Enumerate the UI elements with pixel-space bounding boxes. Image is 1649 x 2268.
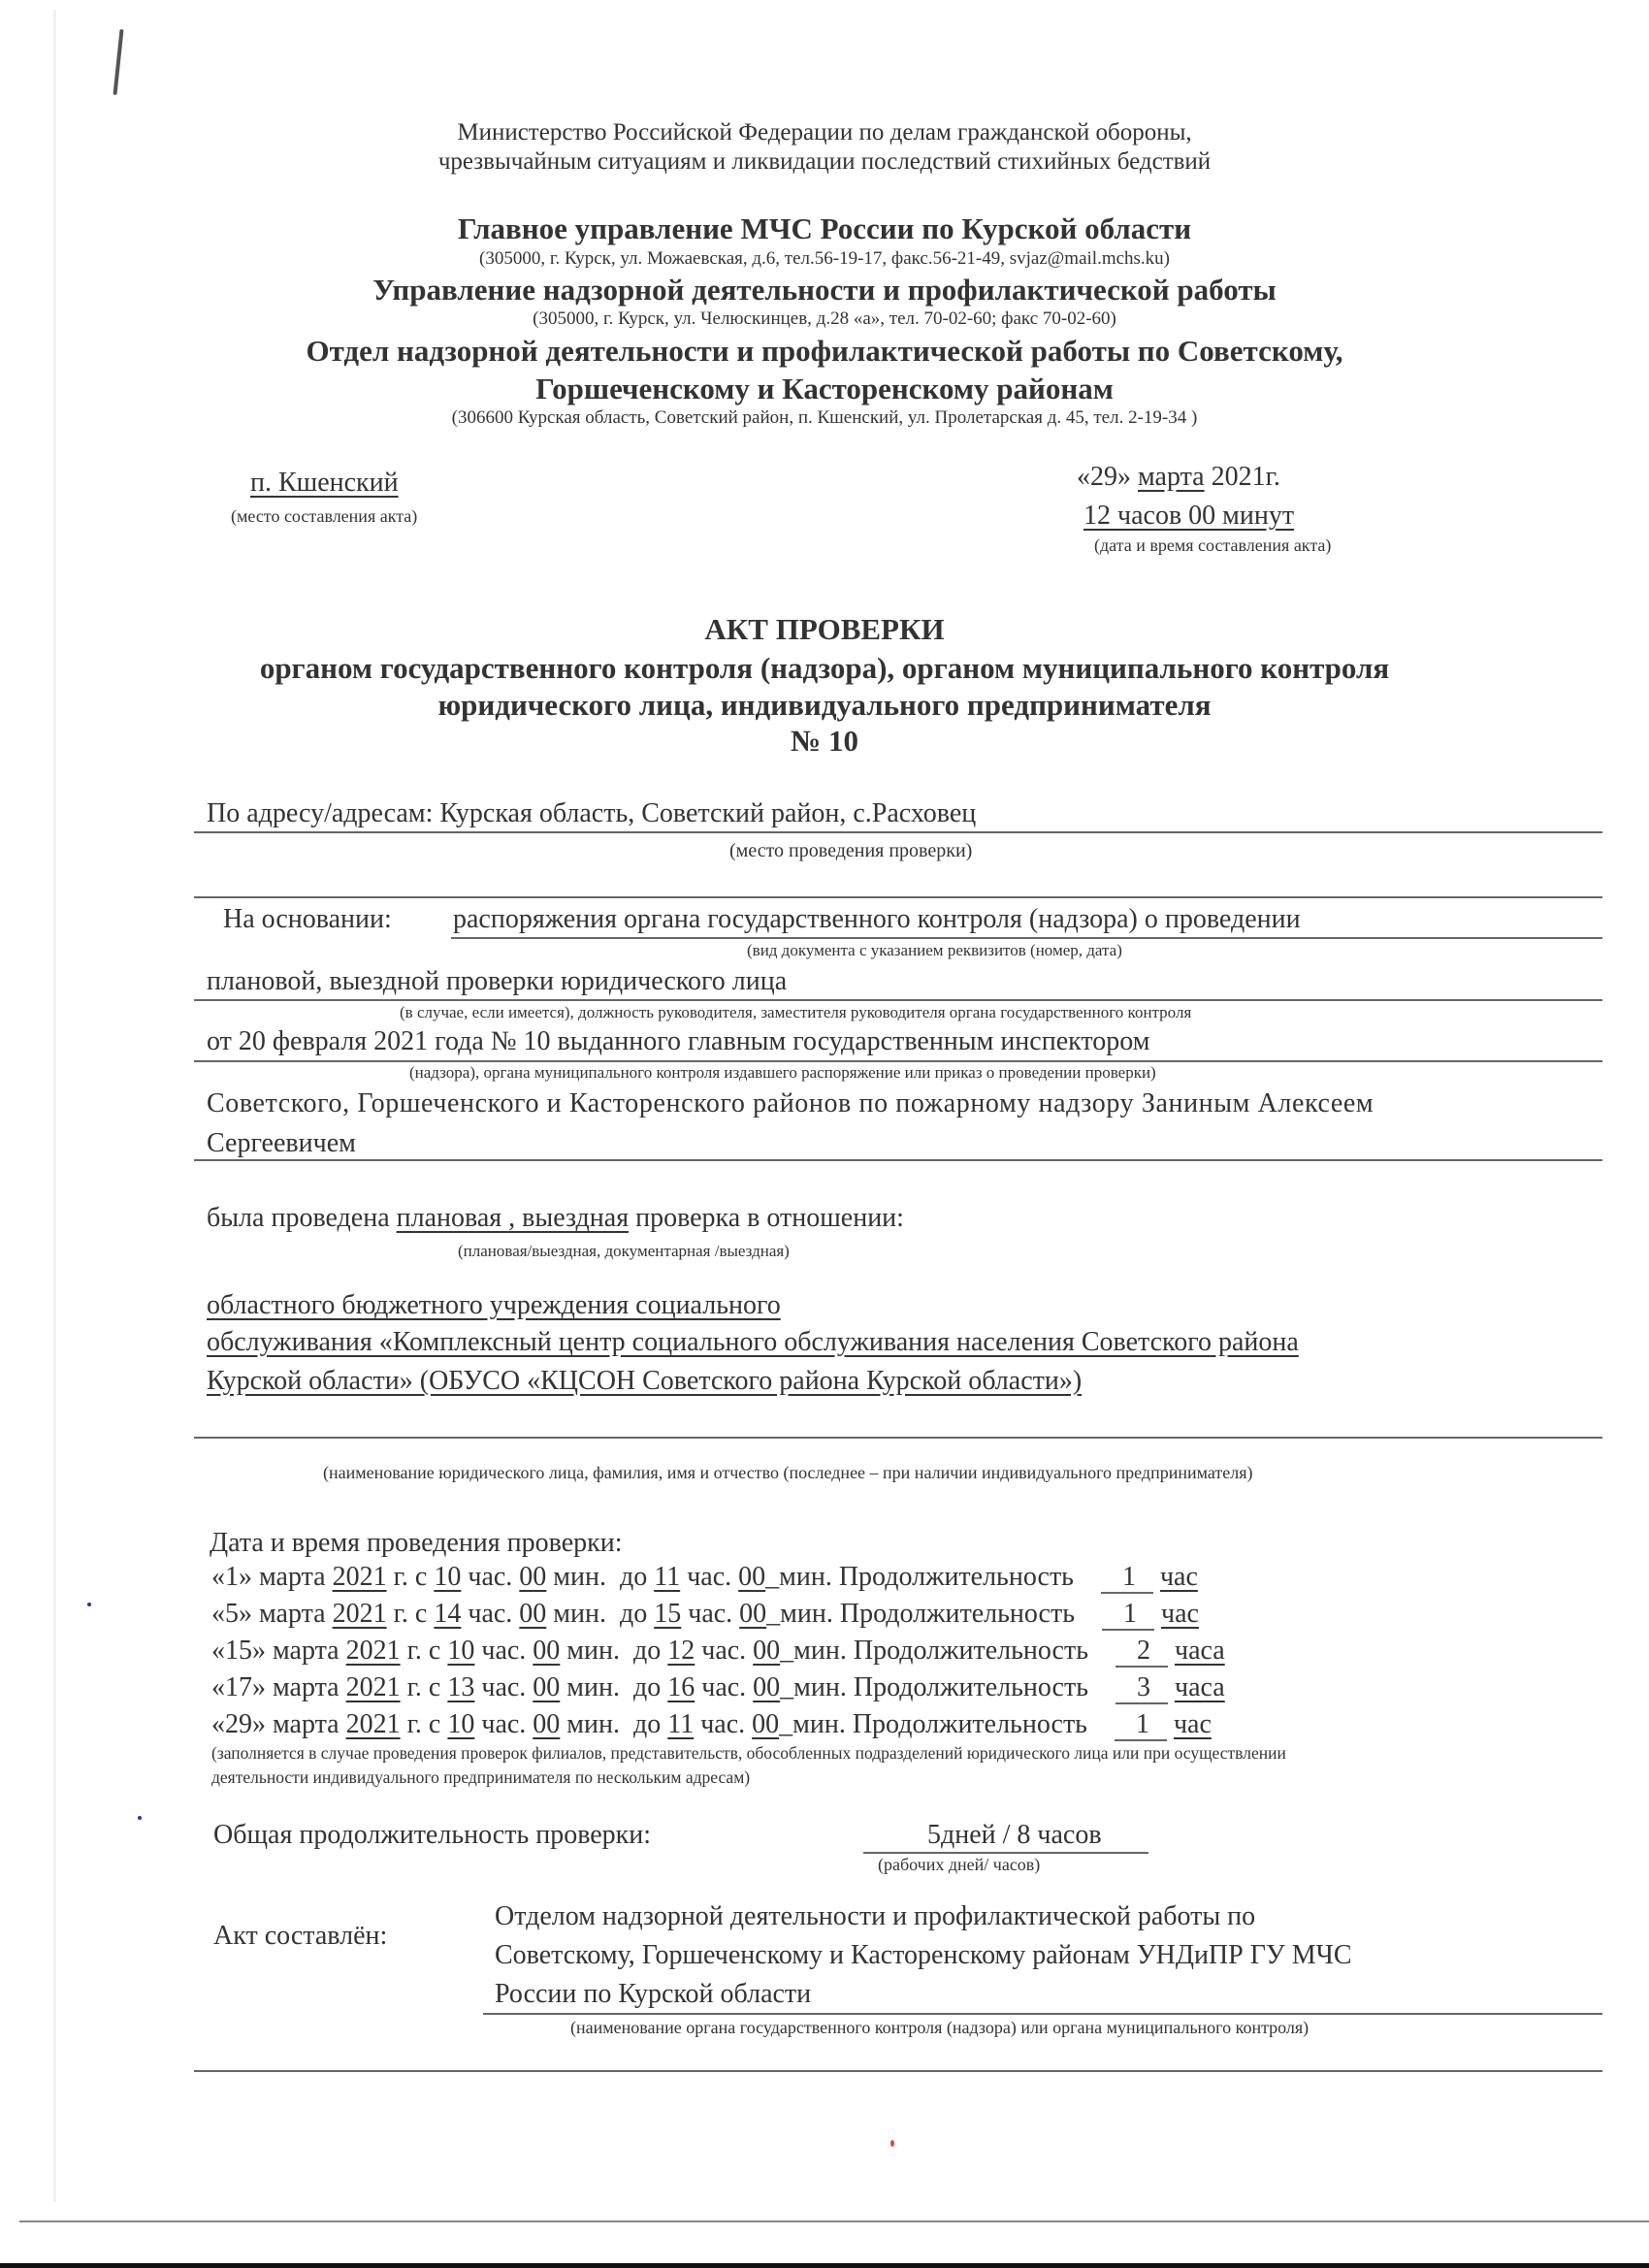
row-from-minute: 00	[533, 1636, 560, 1666]
act-number: № 10	[0, 724, 1649, 759]
act-subtitle-1: органом государственного контроля (надзо…	[0, 651, 1649, 686]
schedule-row: «29» марта 2021 г. с 10 час. 00 мин. до …	[211, 1709, 1212, 1740]
page-bottom-edge	[19, 2220, 1649, 2222]
inspection-prefix: была проведена	[207, 1203, 390, 1233]
row-to-label: до	[620, 1562, 647, 1592]
blank-rule	[194, 896, 1602, 898]
row-hour-label: час.	[687, 1562, 731, 1592]
row-to-hour: 11	[667, 1709, 694, 1739]
schedule-heading: Дата и время проведения проверки:	[210, 1528, 623, 1559]
row-day: «17»	[211, 1672, 266, 1702]
row-minute-label: мин.	[553, 1562, 606, 1592]
act-subtitle-2: юридического лица, индивидуального предп…	[0, 688, 1649, 723]
row-from-minute: 00	[533, 1672, 560, 1702]
act-date-day: «29»	[1077, 462, 1131, 492]
compiled-by-line-3: России по Курской области	[495, 1979, 811, 2010]
schedule-row: «5» марта 2021 г. с 14 час. 00 мин. до 1…	[211, 1599, 1199, 1630]
compiled-by-label: Акт составлён:	[213, 1921, 387, 1952]
row-hour-label: час.	[701, 1672, 746, 1702]
row-to-hour: 11	[654, 1562, 680, 1592]
entity-line-3: Курской области» (ОБУСО «КЦСОН Советског…	[207, 1366, 1082, 1397]
row-duration-unit: часа	[1175, 1672, 1225, 1702]
row-duration-value: 3	[1115, 1672, 1168, 1704]
row-to-label: до	[620, 1599, 647, 1629]
row-day: «29»	[211, 1709, 266, 1739]
row-month: марта	[259, 1562, 326, 1592]
place-value: п. Кшенский	[250, 468, 399, 499]
row-hour-label: час.	[481, 1672, 526, 1702]
pen-mark	[113, 29, 123, 95]
scan-bottom-bar	[0, 2263, 1649, 2268]
compiled-by-line-1: Отделом надзорной деятельности и профила…	[495, 1901, 1255, 1932]
row-hour-label: час.	[468, 1562, 512, 1592]
row-year: 2021	[333, 1562, 387, 1592]
address-caption: (место проведения проверки)	[729, 840, 972, 862]
row-year-suffix: г. с	[407, 1709, 441, 1739]
ink-dot	[890, 2140, 894, 2147]
row-from-hour: 10	[447, 1636, 474, 1666]
ministry-line-1: Министерство Российской Федерации по дел…	[0, 119, 1649, 146]
row-month: марта	[273, 1709, 339, 1739]
basis-rule-3	[194, 1060, 1602, 1062]
basis-line-4: Советского, Горшеченского и Касторенског…	[207, 1088, 1374, 1119]
directorate-address: (305000, г. Курск, ул. Челюскинцев, д.28…	[0, 308, 1649, 330]
compiled-by-caption: (наименование органа государственного ко…	[570, 2018, 1309, 2038]
row-duration-unit: часа	[1175, 1636, 1225, 1666]
row-minute-label: мин.	[566, 1709, 620, 1739]
row-to-minute: 00	[752, 1709, 779, 1739]
row-year-suffix: г. с	[407, 1672, 441, 1702]
act-date-year: 2021г.	[1212, 462, 1280, 492]
department-name-line-1: Отдел надзорной деятельности и профилакт…	[0, 334, 1649, 369]
row-from-hour: 10	[434, 1562, 461, 1592]
row-year: 2021	[333, 1599, 387, 1629]
row-year-suffix: г. с	[394, 1599, 428, 1629]
row-hour-label: час.	[481, 1709, 526, 1739]
inspection-type-row: была проведена плановая , выездная прове…	[207, 1203, 904, 1234]
row-from-hour: 10	[447, 1709, 474, 1739]
address-value: Курская область, Советский район, с.Расх…	[439, 798, 976, 828]
row-minute-label: мин.	[566, 1672, 620, 1702]
compiled-by-line-2: Советскому, Горшеченскому и Касторенском…	[495, 1940, 1352, 1971]
row-to-hour: 16	[667, 1672, 695, 1702]
row-duration-unit: час	[1161, 1599, 1199, 1629]
row-from-hour: 14	[434, 1599, 461, 1629]
place-caption: (место составления акта)	[231, 506, 417, 527]
row-day: «15»	[211, 1636, 266, 1666]
entity-rule	[194, 1437, 1602, 1439]
row-to-label: до	[633, 1709, 661, 1739]
row-hour-label: час.	[468, 1599, 512, 1629]
row-duration-label: мин. Продолжительность	[779, 1562, 1074, 1592]
row-from-minute: 00	[519, 1599, 546, 1629]
row-year: 2021	[346, 1636, 401, 1666]
row-duration-value: 1	[1101, 1562, 1153, 1594]
row-minute-label: мин.	[566, 1636, 620, 1666]
row-hour-label: час.	[481, 1636, 526, 1666]
row-duration-label: мин. Продолжительность	[793, 1636, 1088, 1666]
row-to-minute: 00	[753, 1636, 780, 1666]
row-to-label: до	[633, 1672, 661, 1702]
row-day: «5»	[211, 1599, 252, 1629]
main-directorate-address: (305000, г. Курск, ул. Можаевская, д.6, …	[0, 248, 1649, 270]
final-rule	[194, 2070, 1602, 2072]
basis-rule-4	[194, 1159, 1602, 1161]
row-month: марта	[273, 1672, 339, 1702]
basis-rule-2	[194, 999, 1602, 1001]
main-directorate-name: Главное управление МЧС России по Курской…	[0, 211, 1649, 246]
basis-line-3: от 20 февраля 2021 года № 10 выданного г…	[207, 1026, 1149, 1057]
row-month: марта	[259, 1599, 326, 1629]
schedule-row: «1» марта 2021 г. с 10 час. 00 мин. до 1…	[211, 1562, 1198, 1593]
row-duration-value: 2	[1115, 1636, 1168, 1668]
row-duration-label: мин. Продолжительность	[792, 1709, 1087, 1739]
row-hour-label: час.	[688, 1599, 732, 1629]
address-label: По адресу/адресам:	[207, 798, 433, 828]
act-datetime-caption: (дата и время составления акта)	[1094, 535, 1331, 556]
act-date: «29» марта 2021г.	[1077, 462, 1280, 493]
row-hour-label: час.	[701, 1636, 746, 1666]
schedule-note-line-1: (заполняется в случае проведения проверо…	[211, 1743, 1286, 1764]
basis-line-2: плановой, выездной проверки юридического…	[207, 966, 787, 997]
row-duration-value: 1	[1115, 1709, 1167, 1741]
compiled-by-rule	[483, 2013, 1602, 2015]
row-minute-label: мин.	[553, 1599, 606, 1629]
basis-label: На основании:	[223, 904, 392, 935]
inspection-type: плановая , выездная	[397, 1203, 629, 1233]
row-to-minute: 00	[739, 1599, 766, 1629]
schedule-row: «17» марта 2021 г. с 13 час. 00 мин. до …	[211, 1672, 1225, 1703]
directorate-name: Управление надзорной деятельности и проф…	[0, 273, 1649, 308]
ink-dot	[87, 1603, 91, 1606]
schedule-note-line-2: деятельности индивидуального предпринима…	[211, 1767, 750, 1788]
act-date-month: марта	[1138, 462, 1205, 492]
row-duration-unit: час	[1174, 1709, 1212, 1739]
row-from-minute: 00	[533, 1709, 560, 1739]
department-address: (306600 Курская область, Советский район…	[0, 407, 1649, 429]
basis-line-5: Сергеевичем	[207, 1128, 356, 1159]
basis-line-1: распоряжения органа государственного кон…	[453, 904, 1301, 935]
basis-caption-1: (вид документа с указанием реквизитов (н…	[747, 941, 1122, 960]
row-year-suffix: г. с	[394, 1562, 428, 1592]
row-duration-label: мин. Продолжительность	[793, 1672, 1088, 1702]
row-to-minute: 00	[738, 1562, 765, 1592]
act-title: АКТ ПРОВЕРКИ	[0, 612, 1649, 647]
department-name-line-2: Горшеченскому и Касторенскому районам	[0, 372, 1649, 406]
entity-line-2: обслуживания «Комплексный центр социальн…	[207, 1327, 1299, 1358]
row-month: марта	[273, 1636, 339, 1666]
row-from-hour: 13	[447, 1672, 474, 1702]
row-year: 2021	[346, 1672, 401, 1702]
row-duration-value: 1	[1102, 1599, 1154, 1631]
row-year-suffix: г. с	[407, 1636, 441, 1666]
basis-caption-3: (надзора), органа муниципального контрол…	[409, 1063, 1156, 1083]
row-duration-label: мин. Продолжительность	[780, 1599, 1075, 1629]
total-duration-caption: (рабочих дней/ часов)	[878, 1855, 1040, 1875]
ministry-line-2: чрезвычайным ситуациям и ликвидации посл…	[0, 148, 1649, 176]
basis-caption-2: (в случае, если имеется), должность руко…	[400, 1003, 1191, 1022]
address-rule	[194, 831, 1602, 833]
row-year: 2021	[346, 1709, 401, 1739]
inspection-suffix: проверка в отношении:	[635, 1203, 904, 1233]
row-to-hour: 12	[667, 1636, 695, 1666]
row-to-label: до	[633, 1636, 661, 1666]
ink-dot	[138, 1816, 142, 1820]
act-time: 12 часов 00 минут	[1083, 501, 1294, 532]
entity-caption: (наименование юридического лица, фамилия…	[323, 1463, 1253, 1483]
row-to-minute: 00	[753, 1672, 780, 1702]
row-from-minute: 00	[519, 1562, 546, 1592]
schedule-row: «15» марта 2021 г. с 10 час. 00 мин. до …	[211, 1636, 1225, 1667]
inspection-caption: (плановая/выездная, документарная /выезд…	[458, 1242, 790, 1261]
entity-line-1: областного бюджетного учреждения социаль…	[207, 1290, 781, 1321]
row-duration-unit: час	[1160, 1562, 1198, 1592]
address-row: По адресу/адресам: Курская область, Сове…	[207, 798, 976, 829]
total-duration-label: Общая продолжительность проверки:	[213, 1820, 651, 1851]
total-duration-value: 5дней / 8 часов	[863, 1820, 1148, 1854]
basis-rule-1	[451, 937, 1602, 939]
row-to-hour: 15	[654, 1599, 681, 1629]
row-day: «1»	[211, 1562, 252, 1592]
row-hour-label: час.	[700, 1709, 745, 1739]
